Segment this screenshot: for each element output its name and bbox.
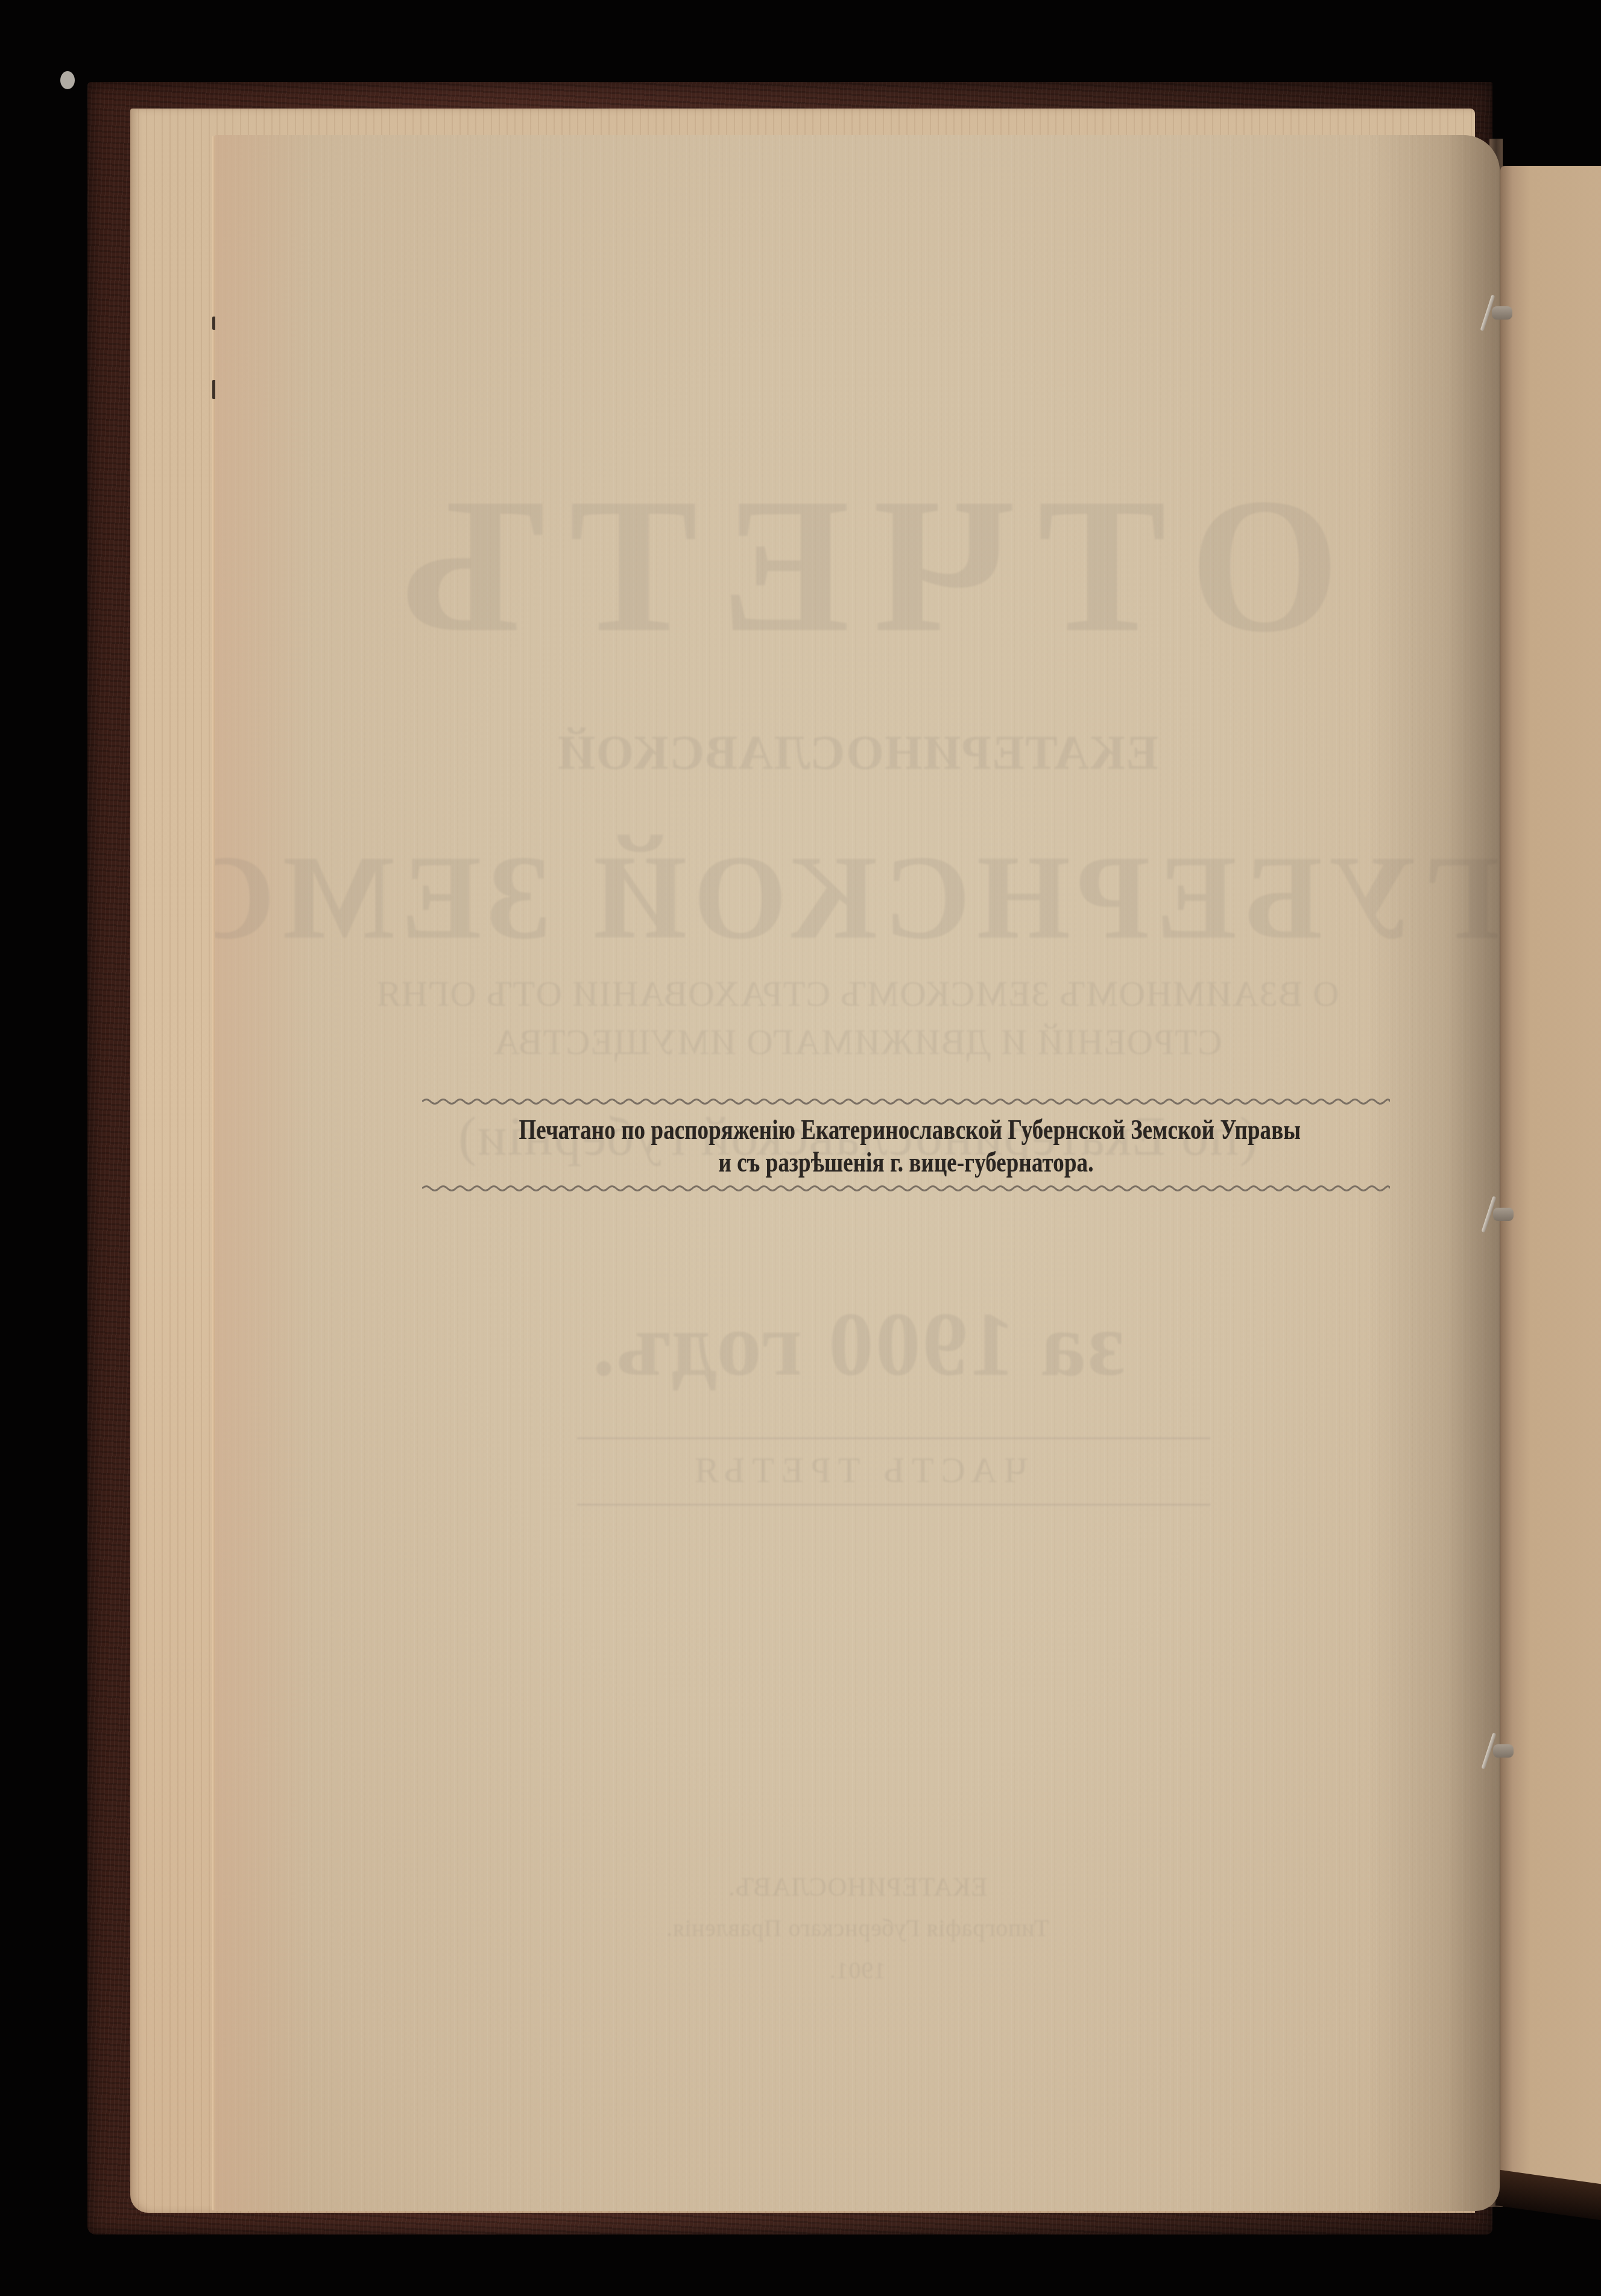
wavy-rule-bottom	[422, 1184, 1390, 1193]
imprint-line-2: и съ разрѣшенія г. вице-губернатора.	[519, 1146, 1293, 1179]
bleed-through-part: ЧАСТЬ ТРЕТЬЯ	[215, 1449, 1500, 1491]
cover-corner-wear	[60, 71, 75, 89]
bleed-through-line: О ВЗАИМНОМЪ ЗЕМСКОМЪ СТРАХОВАНІИ ОТЪ ОГН…	[215, 973, 1500, 1015]
stitch-knot	[1493, 1208, 1514, 1221]
bleed-through-line: СТРОЕНІЙ И ДВИЖИМАГО ИМУЩЕСТВА	[215, 1021, 1500, 1063]
bleed-through-rule	[577, 1504, 1210, 1506]
binding-stitch-1	[1483, 301, 1520, 326]
facing-page	[1500, 166, 1601, 2192]
scan-background: ОТЧЕТЪ ЕКАТЕРИНОСЛАВСКОЙ ГУБЕРНСКОЙ ЗЕМС…	[0, 0, 1601, 2296]
binding-stitch-3	[1485, 1739, 1521, 1764]
title-verso-page: ОТЧЕТЪ ЕКАТЕРИНОСЛАВСКОЙ ГУБЕРНСКОЙ ЗЕМС…	[215, 135, 1500, 2211]
bleed-through-title: ОТЧЕТЪ	[215, 455, 1500, 676]
bleed-through-year: за 1900 годъ.	[215, 1293, 1500, 1396]
bleed-through-press-year: 1901.	[215, 1956, 1500, 1984]
bleed-through-line: ЕКАТЕРИНОСЛАВСКОЙ	[215, 726, 1500, 781]
bleed-through-city: ЕКАТЕРИНОСЛАВЪ.	[215, 1872, 1500, 1902]
imprint-block: Печатано по распоряженію Екатеринославск…	[422, 1097, 1390, 1193]
stitch-knot	[1492, 306, 1512, 320]
binding-stitch-2	[1485, 1203, 1521, 1227]
imprint-line-1: Печатано по распоряженію Екатеринославск…	[519, 1113, 1293, 1147]
bleed-through-rule	[577, 1437, 1210, 1439]
stitch-knot	[1493, 1744, 1514, 1758]
bleed-through-line: ГУБЕРНСКОЙ ЗЕМСКОЙ УПРАВЫ	[215, 828, 1500, 967]
wavy-rule-top	[422, 1097, 1390, 1106]
bleed-through-press: Типографія Губернскаго Правленія.	[215, 1914, 1500, 1942]
